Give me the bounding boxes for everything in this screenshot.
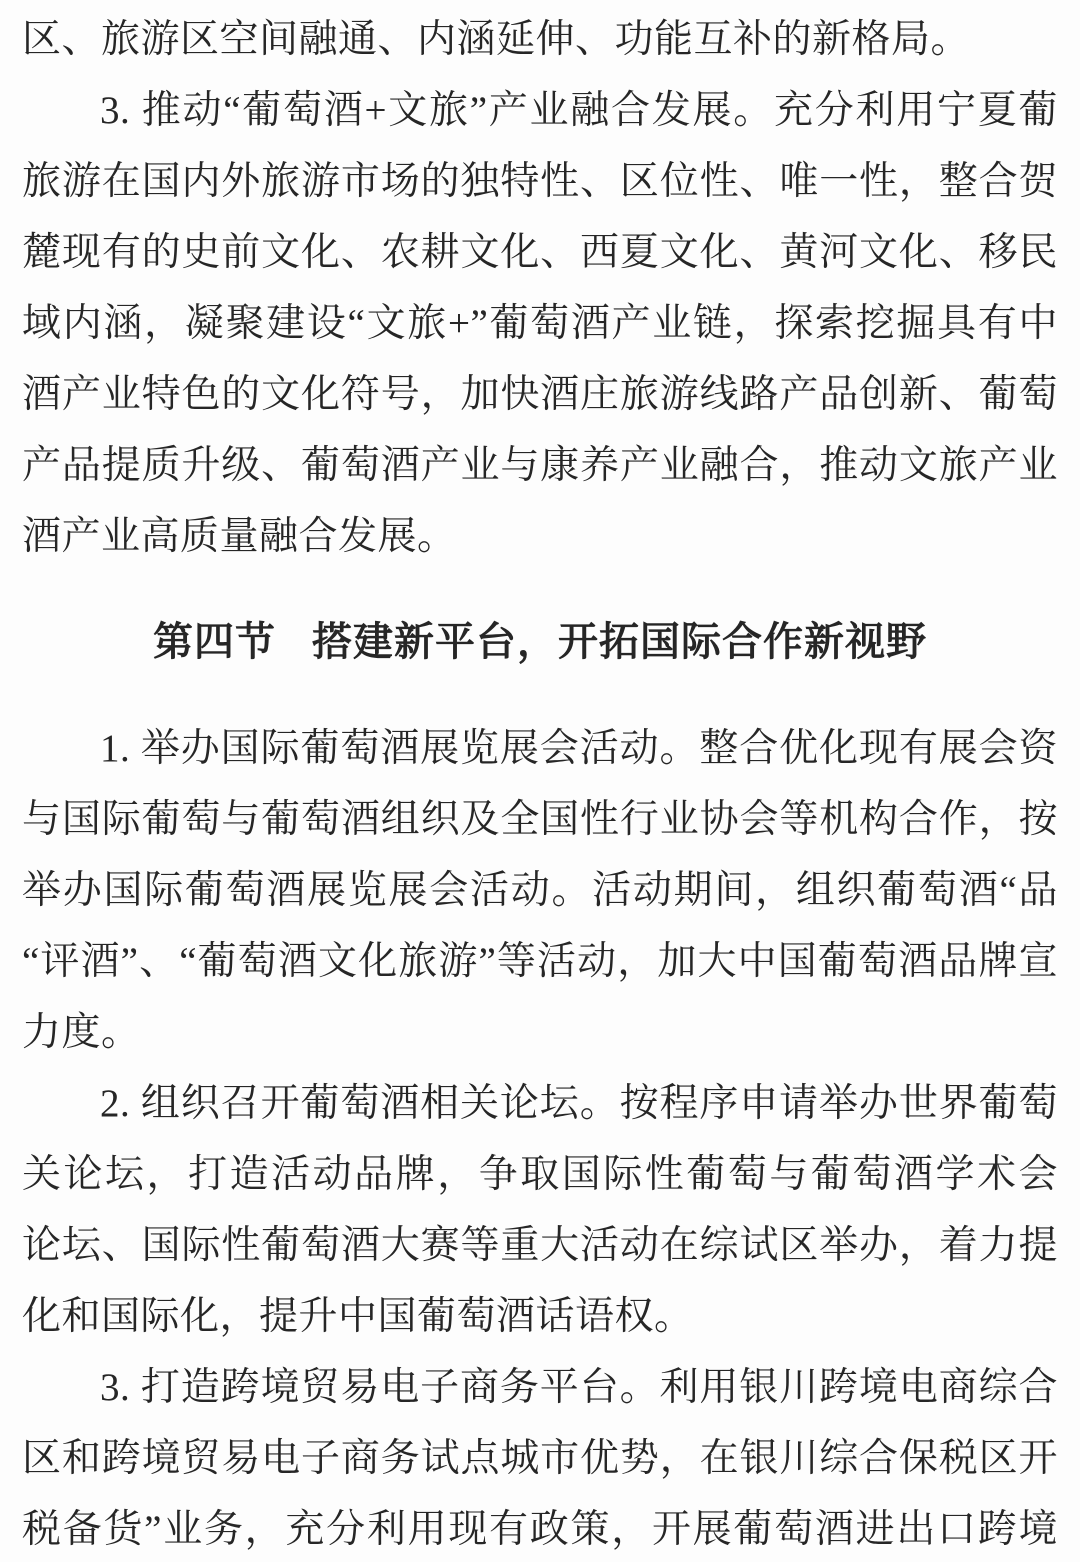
- text-line: 产品提质升级、葡萄酒产业与康养产业融合，推动文旅产业与葡萄: [22, 430, 1058, 501]
- document-page: 区、旅游区空间融通、内涵延伸、功能互补的新格局。3. 推动“葡萄酒+文旅”产业融…: [0, 0, 1080, 1562]
- text-line: 3. 推动“葡萄酒+文旅”产业融合发展。充分利用宁夏葡萄酒: [22, 75, 1058, 146]
- text-line: 1. 举办国际葡萄酒展览展会活动。整合优化现有展会资源，: [22, 713, 1058, 784]
- paragraph: 3. 推动“葡萄酒+文旅”产业融合发展。充分利用宁夏葡萄酒旅游在国内外旅游市场的…: [22, 75, 1058, 572]
- paragraph: 3. 打造跨境贸易电子商务平台。利用银川跨境电商综合试验区和跨境贸易电子商务试点…: [22, 1352, 1058, 1562]
- text-line: 力度。: [22, 997, 1058, 1068]
- text-line: “评酒”、“葡萄酒文化旅游”等活动，加大中国葡萄酒品牌宣传: [22, 926, 1058, 997]
- text-line: 税备货”业务，充分利用现有政策，开展葡萄酒进出口跨境电子商: [22, 1494, 1058, 1562]
- text-line: 酒产业高质量融合发展。: [22, 501, 1058, 572]
- paragraph: 区、旅游区空间融通、内涵延伸、功能互补的新格局。: [22, 4, 1058, 75]
- section-title: 搭建新平台，开拓国际合作新视野: [312, 619, 927, 664]
- text-line: 酒产业特色的文化符号，加快酒庄旅游线路产品创新、葡萄酒文旅: [22, 359, 1058, 430]
- text-block-bottom: 1. 举办国际葡萄酒展览展会活动。整合优化现有展会资源，与国际葡萄与葡萄酒组织及…: [22, 713, 1058, 1562]
- section-heading: 第四节搭建新平台，开拓国际合作新视野: [22, 606, 1058, 677]
- text-line: 区和跨境贸易电子商务试点城市优势，在银川综合保税区开展“保: [22, 1423, 1058, 1494]
- paragraph: 1. 举办国际葡萄酒展览展会活动。整合优化现有展会资源，与国际葡萄与葡萄酒组织及…: [22, 713, 1058, 1068]
- text-line: 与国际葡萄与葡萄酒组织及全国性行业协会等机构合作，按规定: [22, 784, 1058, 855]
- text-line: 旅游在国内外旅游市场的独特性、区位性、唯一性，整合贺兰山东: [22, 146, 1058, 217]
- text-line: 麓现有的史前文化、农耕文化、西夏文化、黄河文化、移民文化的地: [22, 217, 1058, 288]
- text-line: 2. 组织召开葡萄酒相关论坛。按程序申请举办世界葡萄酒相: [22, 1068, 1058, 1139]
- text-line: 区、旅游区空间融通、内涵延伸、功能互补的新格局。: [22, 4, 1058, 75]
- text-line: 3. 打造跨境贸易电子商务平台。利用银川跨境电商综合试验: [22, 1352, 1058, 1423]
- text-line: 论坛、国际性葡萄酒大赛等重大活动在综试区举办，着力提升专业: [22, 1210, 1058, 1281]
- text-line: 举办国际葡萄酒展览展会活动。活动期间，组织葡萄酒“品酒”、: [22, 855, 1058, 926]
- text-line: 关论坛，打造活动品牌，争取国际性葡萄与葡萄酒学术会议、专业: [22, 1139, 1058, 1210]
- text-line: 域内涵，凝聚建设“文旅+”葡萄酒产业链，探索挖掘具有中国葡萄: [22, 288, 1058, 359]
- text-line: 化和国际化，提升中国葡萄酒话语权。: [22, 1281, 1058, 1352]
- document-content: 区、旅游区空间融通、内涵延伸、功能互补的新格局。3. 推动“葡萄酒+文旅”产业融…: [0, 0, 1080, 1562]
- text-block-top: 区、旅游区空间融通、内涵延伸、功能互补的新格局。3. 推动“葡萄酒+文旅”产业融…: [22, 4, 1058, 572]
- paragraph: 2. 组织召开葡萄酒相关论坛。按程序申请举办世界葡萄酒相关论坛，打造活动品牌，争…: [22, 1068, 1058, 1352]
- section-number: 第四节: [153, 619, 276, 664]
